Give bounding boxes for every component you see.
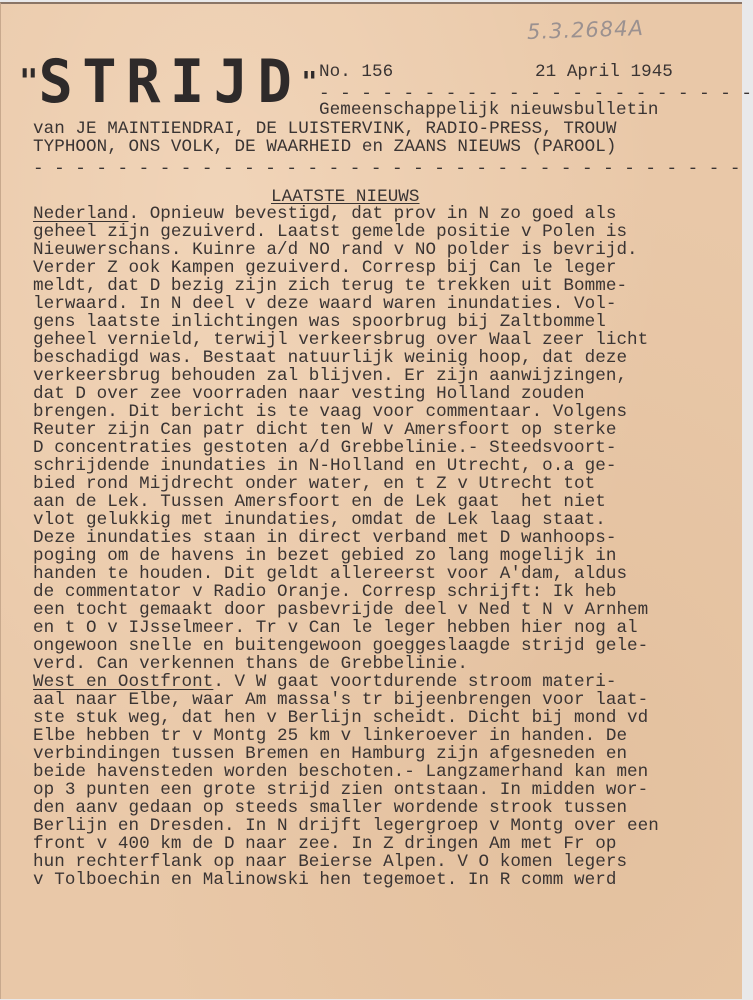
body-line: West en Oostfront. V W gaat voortdurende… — [33, 672, 616, 692]
section-title-west-oostfront: West en Oostfront — [33, 672, 213, 692]
body-line: verkeersbrug behouden zal blijven. Er zi… — [33, 366, 627, 386]
body-line: handen te houden. Dit geldt allereerst v… — [33, 564, 627, 584]
archive-reference-note: 5.3.2684A — [527, 16, 645, 44]
body-line: beide havensteden worden beschoten.- Lan… — [33, 762, 648, 782]
body-line: front v 400 km de D naar zee. In Z dring… — [33, 834, 616, 854]
body-line: een tocht gemaakt door pasbevrijde deel … — [33, 600, 648, 620]
body-line: verbindingen tussen Bremen en Hamburg zi… — [33, 744, 627, 764]
body-line: Reuter zijn Can patr dicht ten W v Amers… — [33, 420, 616, 440]
sources-line-1: van JE MAINTIENDRAI, DE LUISTERVINK, RAD… — [33, 119, 616, 139]
subtitle: Gemeenschappelijk nieuwsbulletin — [319, 100, 658, 120]
body-line: meldt, dat D bezig zijn zich terug te tr… — [33, 276, 627, 296]
body-line: bied rond Mijdrecht onder water, en t Z … — [33, 474, 595, 494]
body-line: schrijdende inundaties in N-Holland en U… — [33, 456, 616, 476]
line-text: . V W gaat voortdurende stroom materi- — [213, 672, 616, 692]
close-quote: " — [301, 65, 317, 98]
body-line: Deze inundaties staan in direct verband … — [33, 528, 616, 548]
body-line: D concentraties gestoten a/d Grebbelinie… — [33, 438, 616, 458]
body-line: ste stuk weg, dat hen v Berlijn scheidt.… — [33, 708, 648, 728]
masthead-title-text: STRIJD — [38, 47, 301, 117]
body-line: geheel vernield, terwijl verkeersbrug ov… — [33, 330, 648, 350]
body-line: v Tolboechin en Malinowski hen tegemoet.… — [33, 870, 616, 890]
body-line: geheel zijn gezuiverd. Laatst gemelde po… — [33, 222, 627, 242]
issue-date: 21 April 1945 — [535, 62, 673, 82]
body-line: Verder Z ook Kampen gezuiverd. Corresp b… — [33, 258, 616, 278]
body-line: Nederland. Opnieuw bevestigd, dat prov i… — [33, 204, 616, 224]
body-line: poging om de havens in bezet gebied zo l… — [33, 546, 616, 566]
body-line: gens laatste inlichtingen was spoorbrug … — [33, 312, 606, 332]
body-line: beschadigd was. Bestaat natuurlijk weini… — [33, 348, 627, 368]
body-line: hun rechterflank op naar Beierse Alpen. … — [33, 852, 627, 872]
sources-line-2: TYPHOON, ONS VOLK, DE WAARHEID en ZAANS … — [33, 137, 616, 157]
line-text: . Opnieuw bevestigd, dat prov in N zo go… — [128, 204, 616, 224]
body-line: lerwaard. In N deel v deze waard waren i… — [33, 294, 616, 314]
body-line: de commentator v Radio Oranje. Corresp s… — [33, 582, 616, 602]
issue-number: No. 156 — [319, 62, 393, 82]
body-line: ongewoon snelle en buitengewoon goeggesl… — [33, 636, 648, 656]
open-quote: " — [19, 62, 38, 102]
body-line: Elbe hebben tr v Montg 25 km v linkeroev… — [33, 726, 627, 746]
body-line: Nieuwerschans. Kuinre a/d NO rand v NO p… — [33, 240, 638, 260]
body-line: Berlijn en Dresden. In N drijft legergro… — [33, 816, 659, 836]
divider-full: - - - - - - - - - - - - - - - - - - - - … — [33, 159, 753, 179]
body-line: en t O v IJsselmeer. Tr v Can le leger h… — [33, 618, 638, 638]
section-title-nederland: Nederland — [33, 204, 128, 224]
newsletter-page: 5.3.2684A "STRIJD" No. 156 21 April 1945… — [0, 2, 742, 999]
body-line: den aanv gedaan op steeds smaller worden… — [33, 798, 627, 818]
body-line: aal naar Elbe, waar Am massa's tr bijeen… — [33, 690, 648, 710]
body-line: op 3 punten een grote strijd zien ontsta… — [33, 780, 648, 800]
body-line: verd. Can verkennen thans de Grebbelinie… — [33, 654, 468, 674]
body-line: dat D over zee voorraden naar vesting Ho… — [33, 384, 585, 404]
body-line: brengen. Dit bericht is te vaag voor com… — [33, 402, 627, 422]
body-line: vlot gelukkig met inundaties, omdat de L… — [33, 510, 606, 530]
body-line: aan de Lek. Tussen Amersfoort en de Lek … — [33, 492, 606, 512]
masthead-title: "STRIJD" — [19, 52, 317, 112]
